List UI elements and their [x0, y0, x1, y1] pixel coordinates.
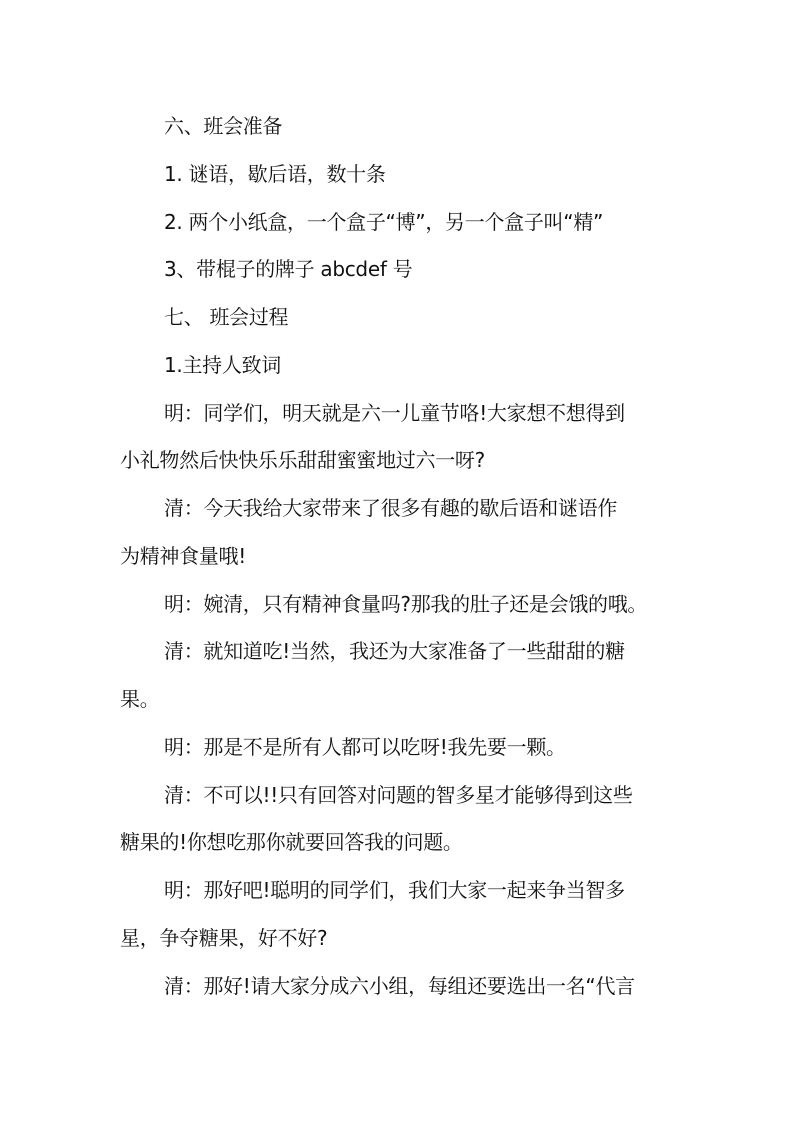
- document-body: 六、班会准备 1. 谜语，歇后语，数十条 2. 两个小纸盒，一个盒子“博”，另一…: [120, 103, 676, 1010]
- dialogue-line: 清：就知道吃!当然，我还为大家准备了一些甜甜的糖: [120, 628, 676, 676]
- dialogue-line: 清：不可以!!只有回答对问题的智多星才能够得到这些: [120, 772, 676, 820]
- dialogue-continuation: 小礼物然后快快乐乐甜甜蜜蜜地过六一呀?: [120, 437, 676, 485]
- section-heading-process: 七、 班会过程: [120, 294, 676, 342]
- dialogue-continuation: 糖果的!你想吃那你就要回答我的问题。: [120, 819, 676, 867]
- dialogue-line: 明：那好吧!聪明的同学们，我们大家一起来争当智多: [120, 867, 676, 915]
- dialogue-line: 明：婉清，只有精神食量吗?那我的肚子还是会饿的哦。: [120, 581, 676, 629]
- document-page: 六、班会准备 1. 谜语，歇后语，数十条 2. 两个小纸盒，一个盒子“博”，另一…: [0, 0, 793, 1122]
- dialogue-line: 明：同学们，明天就是六一儿童节咯!大家想不想得到: [120, 390, 676, 438]
- list-item: 2. 两个小纸盒，一个盒子“博”，另一个盒子叫“精”: [120, 199, 676, 247]
- dialogue-continuation: 果。: [120, 676, 676, 724]
- dialogue-line: 清：今天我给大家带来了很多有趣的歇后语和谜语作: [120, 485, 676, 533]
- dialogue-continuation: 星，争夺糖果，好不好?: [120, 915, 676, 963]
- list-item: 3、带棍子的牌子 abcdef 号: [120, 246, 676, 294]
- list-item: 1. 谜语，歇后语，数十条: [120, 151, 676, 199]
- dialogue-line: 明：那是不是所有人都可以吃呀!我先要一颗。: [120, 724, 676, 772]
- dialogue-line: 清：那好!请大家分成六小组，每组还要选出一名“代言: [120, 963, 676, 1011]
- subsection-heading: 1.主持人致词: [120, 342, 676, 390]
- section-heading-preparation: 六、班会准备: [120, 103, 676, 151]
- dialogue-continuation: 为精神食量哦!: [120, 533, 676, 581]
